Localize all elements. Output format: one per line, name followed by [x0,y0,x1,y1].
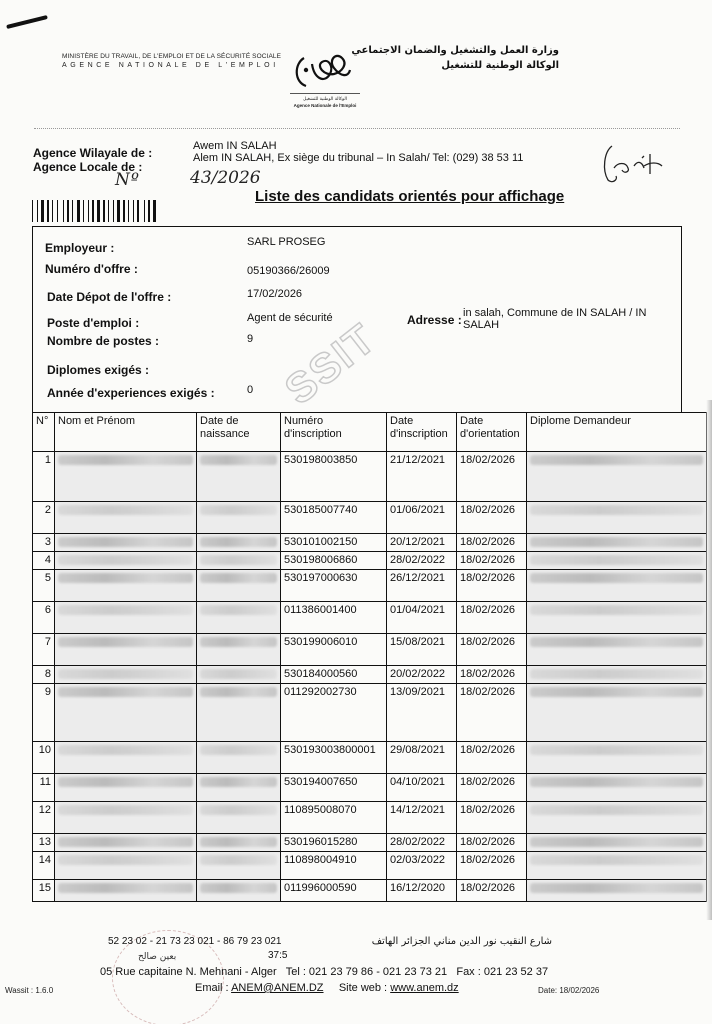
barcode-bar [85,200,87,222]
inscription-number: 530101002150 [281,534,387,552]
orientation-date: 18/02/2026 [457,802,527,834]
footer-address: 05 Rue capitaine N. Mehnani - Alger Tel … [100,966,548,978]
barcode-bar [65,200,66,222]
row-number: 2 [33,502,55,534]
table-row: 853018400056020/02/202218/02/2026 [33,666,707,684]
orientation-date: 18/02/2026 [457,452,527,502]
redaction-blur [58,883,193,893]
barcode-bar [81,200,82,222]
inscription-number: 530196015280 [281,834,387,852]
numero-offre-value: 05190366/26009 [247,265,330,277]
redaction-blur [200,837,277,847]
table-row: 1053019300380000129/08/202118/02/2026 [33,742,707,774]
employeur-value: SARL PROSEG [247,236,325,248]
inscription-date: 20/02/2022 [387,666,457,684]
barcode-bar [148,200,150,222]
poste-emploi-value: Agent de sécurité [247,312,333,324]
row-number: 4 [33,552,55,570]
candidate-name-redacted [55,834,197,852]
footer-phone-line: 52 23 02 - 21 73 23 021 - 86 79 23 021 [108,936,281,947]
barcode-bar [57,200,58,222]
row-number: 6 [33,602,55,634]
birth-date-redacted [197,570,281,602]
email-link[interactable]: ANEM@ANEM.DZ [231,982,323,994]
birth-date-redacted [197,552,281,570]
col-numero-inscription: Numéro d'inscription [281,413,387,452]
redaction-blur [530,555,703,565]
footer-address-street: 05 Rue capitaine N. Mehnani - Alger [100,966,277,978]
barcode-bar [146,200,147,222]
redaction-blur [530,837,703,847]
diploma-redacted [527,742,707,774]
redaction-blur [200,745,277,755]
barcode-bar [90,200,91,222]
barcode-bar [67,200,69,222]
redaction-blur [58,537,193,547]
inscription-date: 28/02/2022 [387,552,457,570]
candidate-name-redacted [55,742,197,774]
candidate-name-redacted [55,774,197,802]
barcode-bar [151,200,152,222]
candidate-name-redacted [55,570,197,602]
document-title: Liste des candidats orientés pour affich… [255,188,564,205]
col-date-orientation: Date d'orientation [457,413,527,452]
birth-date-redacted [197,774,281,802]
redaction-blur [530,745,703,755]
redaction-blur [530,537,703,547]
candidate-name-redacted [55,602,197,634]
diploma-redacted [527,774,707,802]
orientation-date: 18/02/2026 [457,852,527,880]
redaction-blur [530,669,703,679]
redaction-blur [530,805,703,815]
email-label: Email : [195,982,229,994]
logo-caption-fr: Agence Nationale de l'Emploi [290,103,360,109]
redaction-blur [200,883,277,893]
row-number: 1 [33,452,55,502]
diploma-redacted [527,834,707,852]
barcode-bar [133,200,134,222]
row-number: 5 [33,570,55,602]
table-row: 153019800385021/12/202118/02/2026 [33,452,707,502]
scan-shadow [706,400,712,920]
redaction-blur [530,455,703,465]
barcode-bar [37,200,38,222]
redaction-blur [530,687,703,697]
handwritten-signature-icon [598,140,668,190]
barcode-bar [41,200,44,222]
inscription-number: 530198003850 [281,452,387,502]
barcode-bar [39,200,40,222]
barcode-bar [70,200,71,222]
inscription-date: 02/03/2022 [387,852,457,880]
birth-date-redacted [197,666,281,684]
redaction-blur [58,637,193,647]
redaction-blur [200,777,277,787]
birth-date-redacted [197,852,281,880]
barcode-bar [128,200,129,222]
inscription-date: 20/12/2021 [387,534,457,552]
barcode-bar [110,200,112,222]
date-depot-value: 17/02/2026 [247,288,302,300]
inscription-number: 530185007740 [281,502,387,534]
candidates-table: N° Nom et Prénom Date de naissance Numér… [32,412,707,902]
diploma-redacted [527,452,707,502]
row-number: 13 [33,834,55,852]
col-date-inscription: Date d'inscription [387,413,457,452]
col-nom-prenom: Nom et Prénom [55,413,197,452]
redaction-blur [530,605,703,615]
redaction-blur [200,669,277,679]
birth-date-redacted [197,834,281,852]
barcode-bar [153,200,156,222]
candidate-name-redacted [55,534,197,552]
col-numero: N° [33,413,55,452]
table-row: 553019700063026/12/202118/02/2026 [33,570,707,602]
site-label: Site web : [339,982,387,994]
table-row: 601138600140001/04/202118/02/2026 [33,602,707,634]
redaction-blur [58,855,193,865]
barcode-bar [74,200,76,222]
redaction-blur [200,537,277,547]
barcode-bar [103,200,105,222]
handwritten-number-value: 43/2026 [190,168,261,188]
row-number: 8 [33,666,55,684]
barcode-bar [113,200,114,222]
diploma-redacted [527,684,707,742]
barcode-bar [77,200,80,222]
redaction-blur [200,555,277,565]
diploma-redacted [527,552,707,570]
inscription-date: 01/06/2021 [387,502,457,534]
barcode-bar [144,200,145,222]
candidate-name-redacted [55,880,197,902]
inscription-date: 29/08/2021 [387,742,457,774]
redaction-blur [58,837,193,847]
table-header-row: N° Nom et Prénom Date de naissance Numér… [33,413,707,452]
barcode-bar [92,200,94,222]
candidate-name-redacted [55,852,197,880]
diploma-redacted [527,570,707,602]
redaction-blur [200,455,277,465]
orientation-date: 18/02/2026 [457,634,527,666]
orientation-date: 18/02/2026 [457,880,527,902]
adresse-label: Adresse : [407,313,462,327]
table-row: 1411089800491002/03/202218/02/2026 [33,852,707,880]
redaction-blur [58,505,193,515]
header-arabic: وزارة العمل والتشغيل والضمان الاجتماعي ا… [351,43,559,73]
redaction-blur [200,855,277,865]
barcode-bar [72,200,73,222]
table-row: 1501199600059016/12/202018/02/2026 [33,880,707,902]
barcode-bar [32,200,33,222]
row-number: 11 [33,774,55,802]
barcode-bar [140,200,143,222]
inscription-number: 011386001400 [281,602,387,634]
row-number: 14 [33,852,55,880]
footer-address-ar: شارع النقيب نور الدين مناني الجزائر الها… [372,936,552,947]
barcode-bar [95,200,96,222]
candidate-name-redacted [55,684,197,742]
inscription-date: 14/12/2021 [387,802,457,834]
row-number: 12 [33,802,55,834]
table-row: 1353019601528028/02/202218/02/2026 [33,834,707,852]
orientation-date: 18/02/2026 [457,602,527,634]
table-row: 753019900601015/08/202118/02/2026 [33,634,707,666]
inscription-number: 110898004910 [281,852,387,880]
software-version: Wassit : 1.6.0 [5,986,53,995]
barcode-bar [83,200,84,222]
birth-date-redacted [197,880,281,902]
footer-fax: Fax : 021 23 52 37 [456,966,548,978]
print-date: Date: 18/02/2026 [538,986,599,995]
birth-date-redacted [197,742,281,774]
barcode-bar [117,200,120,222]
table-row: 1153019400765004/10/202118/02/2026 [33,774,707,802]
date-depot-label: Date Dépot de l'offre : [47,290,171,304]
diploma-redacted [527,502,707,534]
col-date-naissance: Date de naissance [197,413,281,452]
barcode-bar [97,200,100,222]
barcode-bar [50,200,51,222]
inscription-date: 28/02/2022 [387,834,457,852]
table-row: 1211089500807014/12/202118/02/2026 [33,802,707,834]
agence-locale-value: Alem IN SALAH, Ex siège du tribunal – In… [193,152,523,164]
candidate-name-redacted [55,452,197,502]
redaction-blur [58,669,193,679]
employeur-label: Employeur : [45,241,114,255]
candidate-name-redacted [55,802,197,834]
inscription-number: 530197000630 [281,570,387,602]
orientation-date: 18/02/2026 [457,774,527,802]
redaction-blur [530,573,703,583]
candidate-name-redacted [55,552,197,570]
orientation-date: 18/02/2026 [457,742,527,774]
barcode-bar [126,200,127,222]
ministry-fr: MINISTÈRE DU TRAVAIL, DE L'EMPLOI ET DE … [62,52,281,61]
barcode [32,200,214,222]
birth-date-redacted [197,634,281,666]
nombre-postes-value: 9 [247,333,253,345]
redaction-blur [200,637,277,647]
redaction-blur [530,855,703,865]
inscription-date: 16/12/2020 [387,880,457,902]
barcode-bar [34,200,36,222]
candidate-name-redacted [55,666,197,684]
redaction-blur [58,687,193,697]
ministry-ar: وزارة العمل والتشغيل والضمان الاجتماعي [351,43,559,58]
orientation-date: 18/02/2026 [457,552,527,570]
inscription-number: 530184000560 [281,666,387,684]
redaction-blur [530,637,703,647]
barcode-bar [59,200,62,222]
birth-date-redacted [197,452,281,502]
diplomes-exiges-label: Diplomes exigés : [47,363,149,377]
diploma-redacted [527,602,707,634]
barcode-bar [54,200,56,222]
diploma-redacted [527,852,707,880]
barcode-bar [63,200,64,222]
redaction-blur [530,505,703,515]
orientation-date: 18/02/2026 [457,666,527,684]
inscription-date: 01/04/2021 [387,602,457,634]
orientation-date: 18/02/2026 [457,570,527,602]
birth-date-redacted [197,802,281,834]
barcode-bar [52,200,53,222]
inscription-date: 26/12/2021 [387,570,457,602]
orientation-date: 18/02/2026 [457,684,527,742]
redaction-blur [58,805,193,815]
col-diplome: Diplome Demandeur [527,413,707,452]
inscription-date: 15/08/2021 [387,634,457,666]
redaction-blur [200,605,277,615]
redaction-blur [58,555,193,565]
pen-mark [6,15,48,29]
barcode-bar [106,200,107,222]
header-divider [34,128,680,129]
birth-date-redacted [197,502,281,534]
agence-wilayale-value: Awem IN SALAH [193,140,277,152]
barcode-bar [88,200,89,222]
barcode-bar [101,200,102,222]
candidate-name-redacted [55,502,197,534]
inscription-number: 530199006010 [281,634,387,666]
diploma-redacted [527,534,707,552]
inscription-number: 530198006860 [281,552,387,570]
diploma-redacted [527,880,707,902]
barcode-bar [121,200,122,222]
orientation-date: 18/02/2026 [457,502,527,534]
orientation-date: 18/02/2026 [457,534,527,552]
inscription-date: 13/09/2021 [387,684,457,742]
barcode-bar [108,200,109,222]
birth-date-redacted [197,684,281,742]
footer-contacts: Email : ANEM@ANEM.DZ Site web : www.anem… [195,982,459,994]
table-row: 253018500774001/06/202118/02/2026 [33,502,707,534]
redaction-blur [530,883,703,893]
diploma-redacted [527,802,707,834]
redaction-blur [58,745,193,755]
redaction-blur [530,777,703,787]
site-link[interactable]: www.anem.dz [390,982,458,994]
redaction-blur [58,573,193,583]
redaction-blur [58,777,193,787]
redaction-blur [200,805,277,815]
experience-value: 0 [247,384,253,396]
redaction-blur [58,455,193,465]
row-number: 3 [33,534,55,552]
orientation-date: 18/02/2026 [457,834,527,852]
adresse-value: in salah, Commune de IN SALAH / IN SALAH [463,307,663,331]
barcode-bar [115,200,116,222]
table-row: 901129200273013/09/202118/02/2026 [33,684,707,742]
diploma-redacted [527,634,707,666]
birth-date-redacted [197,602,281,634]
inscription-date: 04/10/2021 [387,774,457,802]
barcode-bar [47,200,49,222]
redaction-blur [58,605,193,615]
barcode-bar [135,200,136,222]
diploma-redacted [527,666,707,684]
handwritten-number-label: Nº [115,170,140,190]
inscription-date: 21/12/2021 [387,452,457,502]
inscription-number: 011996000590 [281,880,387,902]
agency-ar: الوكالة الوطنية للتشغيل [351,58,559,73]
numero-offre-label: Numéro d'offre : [45,262,138,276]
header-french: MINISTÈRE DU TRAVAIL, DE L'EMPLOI ET DE … [62,52,281,70]
table-row: 453019800686028/02/202218/02/2026 [33,552,707,570]
inscription-number: 530193003800001 [281,742,387,774]
logo-caption: الوكالة الوطنية للتشغيل Agence Nationale… [290,93,360,109]
agence-wilayale-label: Agence Wilayale de : [33,146,152,160]
inscription-number: 110895008070 [281,802,387,834]
inscription-number: 530194007650 [281,774,387,802]
barcode-bar [45,200,46,222]
stamp-text: بعين صالح [138,952,176,962]
barcode-bar [130,200,132,222]
redaction-blur [200,573,277,583]
footer-fax-fragment: 37:5 [268,950,287,961]
barcode-bar [123,200,125,222]
candidate-name-redacted [55,634,197,666]
birth-date-redacted [197,534,281,552]
row-number: 15 [33,880,55,902]
table-row: 353010100215020/12/202118/02/2026 [33,534,707,552]
agency-fr: AGENCE NATIONALE DE L'EMPLOI [62,61,281,70]
redaction-blur [200,505,277,515]
barcode-bar [157,200,158,222]
row-number: 9 [33,684,55,742]
inscription-number: 011292002730 [281,684,387,742]
barcode-bar [137,200,139,222]
row-number: 10 [33,742,55,774]
poste-emploi-label: Poste d'emploi : [47,316,139,330]
footer-tel: Tel : 021 23 79 86 - 021 23 73 21 [286,966,447,978]
redaction-blur [200,687,277,697]
row-number: 7 [33,634,55,666]
experience-label: Année d'experiences exigés : [47,386,215,400]
nombre-postes-label: Nombre de postes : [47,334,159,348]
